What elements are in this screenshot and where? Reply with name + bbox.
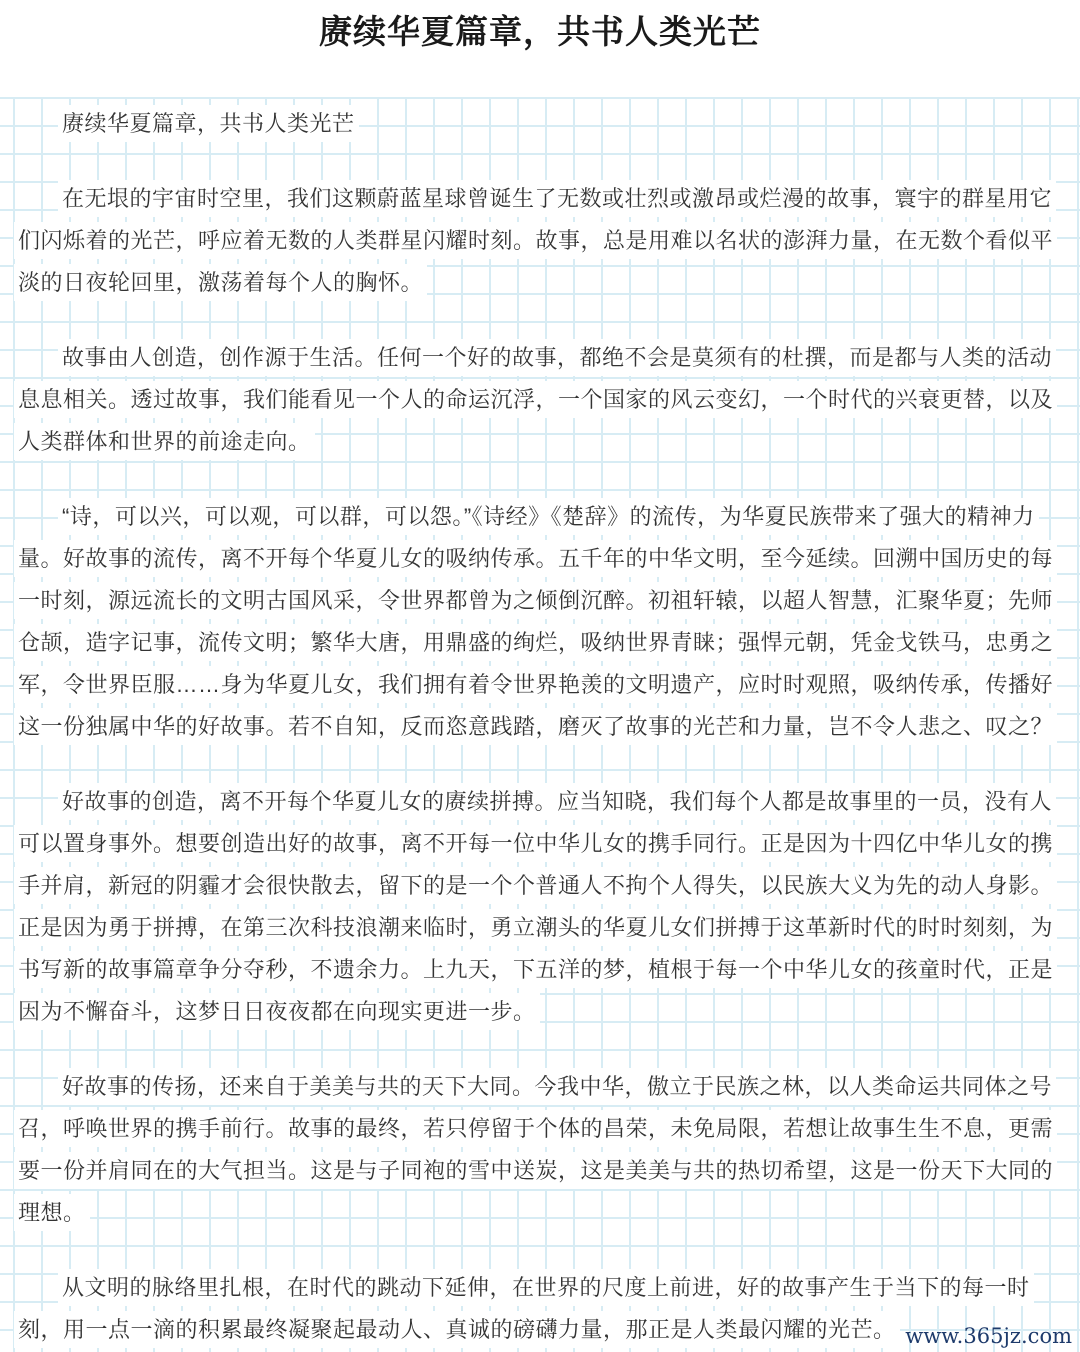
paragraph-text: “诗，可以兴，可以观，可以群，可以怨。”《诗经》《楚辞》的流传，为华夏民族带来了… [14, 498, 1057, 745]
article-body: 赓续华夏篇章，共书人类光芒 在无垠的宇宙时空里，我们这颗蔚蓝星球曾诞生了无数或壮… [0, 97, 1080, 1351]
paragraph-text: 在无垠的宇宙时空里，我们这颗蔚蓝星球曾诞生了无数或壮烈或激昂或烂漫的故事，寰宇的… [14, 180, 1057, 301]
paragraph-text: 从文明的脉络里扎根，在时代的跳动下延伸，在世界的尺度上前进，好的故事产生于当下的… [14, 1269, 1034, 1348]
paragraph-spread: 好故事的传扬，还来自于美美与共的天下大同。今我中华，傲立于民族之林，以人类命运共… [0, 1066, 1080, 1234]
article-header: 赓续华夏篇章，共书人类光芒 [0, 0, 1080, 97]
paragraph-text: 好故事的传扬，还来自于美美与共的天下大同。今我中华，傲立于民族之林，以人类命运共… [14, 1068, 1057, 1231]
paragraph-intro: 在无垠的宇宙时空里，我们这颗蔚蓝星球曾诞生了无数或壮烈或激昂或烂漫的故事，寰宇的… [0, 178, 1080, 304]
paragraph-text: 好故事的创造，离不开每个华夏儿女的赓续拼搏。应当知晓，我们每个人都是故事里的一员… [14, 783, 1057, 1030]
paragraph-story-origin: 故事由人创造，创作源于生活。任何一个好的故事，都绝不会是莫须有的杜撰，而是都与人… [0, 337, 1080, 463]
paragraph-text: 赓续华夏篇章，共书人类光芒 [58, 105, 359, 142]
page-title: 赓续华夏篇章，共书人类光芒 [0, 12, 1080, 52]
paragraph-creation: 好故事的创造，离不开每个华夏儿女的赓续拼搏。应当知晓，我们每个人都是故事里的一员… [0, 781, 1080, 1033]
paragraph-text: 故事由人创造，创作源于生活。任何一个好的故事，都绝不会是莫须有的杜撰，而是都与人… [14, 339, 1057, 460]
watermark-link[interactable]: www.365jz.com [905, 1324, 1072, 1348]
article-page: 赓续华夏篇章，共书人类光芒 赓续华夏篇章，共书人类光芒 在无垠的宇宙时空里，我们… [0, 0, 1080, 1352]
paragraph-heritage: “诗，可以兴，可以观，可以群，可以怨。”《诗经》《楚辞》的流传，为华夏民族带来了… [0, 496, 1080, 748]
paragraph-title-line: 赓续华夏篇章，共书人类光芒 [0, 103, 1080, 145]
